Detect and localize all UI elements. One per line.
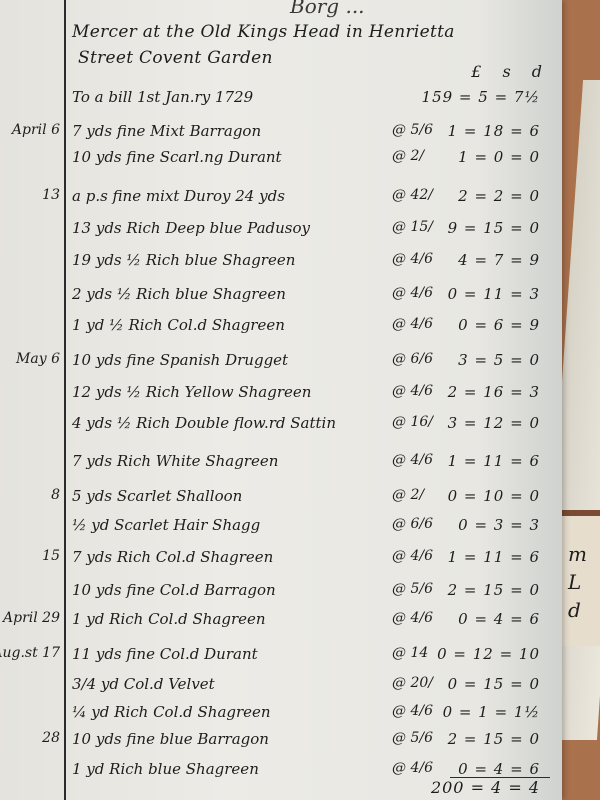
entry-description: 5 yds Scarlet Shalloon <box>72 487 242 505</box>
entry-amount: 0 = 4 = 6 <box>458 610 540 628</box>
ledger-row: To a bill 1st Jan.ry 1729159 = 5 = 7½ <box>0 88 560 118</box>
entry-description: 2 yds ½ Rich blue Shagreen <box>72 285 286 303</box>
entry-description: ½ yd Scarlet Hair Shagg <box>72 516 260 534</box>
entry-description: 7 yds fine Mixt Barragon <box>72 122 261 140</box>
entry-rate: @ 4/6 <box>392 548 433 564</box>
ledger-row: Aug.st 1711 yds fine Col.d Durant@ 140 =… <box>0 645 560 675</box>
entry-amount: 1 = 18 = 6 <box>448 122 540 140</box>
entry-rate: @ 5/6 <box>392 122 433 138</box>
entry-rate: @ 16/ <box>392 414 433 430</box>
entry-description: 19 yds ½ Rich blue Shagreen <box>72 251 295 269</box>
currency-header: £ s d <box>450 62 550 81</box>
entry-description: 10 yds fine Scarl.ng Durant <box>72 148 282 166</box>
entry-description: 3/4 yd Col.d Velvet <box>72 675 215 693</box>
entry-description: 7 yds Rich White Shagreen <box>72 452 278 470</box>
ledger-total: 200 = 4 = 4 <box>431 778 540 797</box>
entry-description: 10 yds fine blue Barragon <box>72 730 269 748</box>
entry-date: 8 <box>51 487 60 503</box>
entry-rate: @ 4/6 <box>392 610 433 626</box>
entry-amount: 159 = 5 = 7½ <box>422 88 540 106</box>
entry-amount: 3 = 5 = 0 <box>458 351 540 369</box>
entry-description: ¼ yd Rich Col.d Shagreen <box>72 703 271 721</box>
entry-date: Aug.st 17 <box>0 645 60 661</box>
ledger-page: Borg ... Mercer at the Old Kings Head in… <box>0 0 562 800</box>
entry-description: 1 yd Rich blue Shagreen <box>72 760 259 778</box>
entry-amount: 1 = 11 = 6 <box>448 452 540 470</box>
entry-description: To a bill 1st Jan.ry 1729 <box>72 88 253 106</box>
ledger-row: 10 yds fine Scarl.ng Durant@ 2/1 = 0 = 0 <box>0 148 560 178</box>
entry-amount: 0 = 15 = 0 <box>448 675 540 693</box>
entry-rate: @ 4/6 <box>392 316 433 332</box>
entry-description: a p.s fine mixt Duroy 24 yds <box>72 187 285 205</box>
ledger-row: 19 yds ½ Rich blue Shagreen@ 4/64 = 7 = … <box>0 251 560 281</box>
entry-amount: 4 = 7 = 9 <box>458 251 540 269</box>
entry-rate: @ 2/ <box>392 148 424 164</box>
entry-amount: 1 = 11 = 6 <box>448 548 540 566</box>
ledger-row: 157 yds Rich Col.d Shagreen@ 4/61 = 11 =… <box>0 548 560 578</box>
entry-rate: @ 4/6 <box>392 383 433 399</box>
entry-rate: @ 14 <box>392 645 428 661</box>
ledger-row: 2810 yds fine blue Barragon@ 5/62 = 15 =… <box>0 730 560 760</box>
ledger-row: 85 yds Scarlet Shalloon@ 2/0 = 10 = 0 <box>0 487 560 517</box>
entry-rate: @ 42/ <box>392 187 433 203</box>
top-fragment-text: Borg ... <box>290 0 365 18</box>
heading-line-2: Street Covent Garden <box>78 48 273 68</box>
ledger-row: 7 yds Rich White Shagreen@ 4/61 = 11 = 6 <box>0 452 560 482</box>
entry-amount: 1 = 0 = 0 <box>458 148 540 166</box>
entry-description: 13 yds Rich Deep blue Padusoy <box>72 219 310 237</box>
entry-rate: @ 2/ <box>392 487 424 503</box>
entry-rate: @ 4/6 <box>392 760 433 776</box>
entry-date: May 6 <box>16 351 60 367</box>
entry-date: 15 <box>42 548 60 564</box>
ledger-row: 10 yds fine Col.d Barragon@ 5/62 = 15 = … <box>0 581 560 611</box>
entry-date: 28 <box>42 730 60 746</box>
entry-rate: @ 5/6 <box>392 581 433 597</box>
ledger-row: ½ yd Scarlet Hair Shagg@ 6/60 = 3 = 3 <box>0 516 560 546</box>
entry-rate: @ 5/6 <box>392 730 433 746</box>
entry-amount: 2 = 16 = 3 <box>448 383 540 401</box>
ledger-row: 13a p.s fine mixt Duroy 24 yds@ 42/2 = 2… <box>0 187 560 217</box>
ledger-row: 4 yds ½ Rich Double flow.rd Sattin@ 16/3… <box>0 414 560 444</box>
entry-rate: @ 4/6 <box>392 703 433 719</box>
entry-amount: 2 = 15 = 0 <box>448 581 540 599</box>
ledger-row: April 291 yd Rich Col.d Shagreen@ 4/60 =… <box>0 610 560 640</box>
entry-description: 10 yds fine Spanish Drugget <box>72 351 288 369</box>
ledger-row: 2 yds ½ Rich blue Shagreen@ 4/60 = 11 = … <box>0 285 560 315</box>
entry-amount: 0 = 12 = 10 <box>437 645 540 663</box>
entry-rate: @ 4/6 <box>392 251 433 267</box>
entry-rate: @ 6/6 <box>392 516 433 532</box>
entry-description: 1 yd ½ Rich Col.d Shagreen <box>72 316 285 334</box>
entry-amount: 2 = 15 = 0 <box>448 730 540 748</box>
entry-amount: 3 = 12 = 0 <box>448 414 540 432</box>
entry-date: April 29 <box>3 610 60 626</box>
entry-rate: @ 6/6 <box>392 351 433 367</box>
entry-description: 7 yds Rich Col.d Shagreen <box>72 548 273 566</box>
entry-rate: @ 20/ <box>392 675 433 691</box>
entry-amount: 0 = 6 = 9 <box>458 316 540 334</box>
entry-amount: 0 = 4 = 6 <box>458 760 540 778</box>
heading-line-1: Mercer at the Old Kings Head in Henriett… <box>72 22 455 42</box>
ledger-row: May 610 yds fine Spanish Drugget@ 6/63 =… <box>0 351 560 381</box>
ledger-row: 3/4 yd Col.d Velvet@ 20/0 = 15 = 0 <box>0 675 560 705</box>
entry-amount: 9 = 15 = 0 <box>448 219 540 237</box>
entry-description: 11 yds fine Col.d Durant <box>72 645 258 663</box>
entry-description: 12 yds ½ Rich Yellow Shagreen <box>72 383 311 401</box>
ledger-row: 1 yd ½ Rich Col.d Shagreen@ 4/60 = 6 = 9 <box>0 316 560 346</box>
entry-amount: 0 = 3 = 3 <box>458 516 540 534</box>
entry-rate: @ 15/ <box>392 219 433 235</box>
entry-description: 10 yds fine Col.d Barragon <box>72 581 276 599</box>
ledger-row: 12 yds ½ Rich Yellow Shagreen@ 4/62 = 16… <box>0 383 560 413</box>
entry-date: 13 <box>42 187 60 203</box>
entry-description: 1 yd Rich Col.d Shagreen <box>72 610 266 628</box>
ledger-row: ¼ yd Rich Col.d Shagreen@ 4/60 = 1 = 1½ <box>0 703 560 733</box>
side-slip-text: m L d <box>568 540 600 624</box>
entry-amount: 0 = 10 = 0 <box>448 487 540 505</box>
entry-amount: 2 = 2 = 0 <box>458 187 540 205</box>
ledger-row: 13 yds Rich Deep blue Padusoy@ 15/9 = 15… <box>0 219 560 249</box>
entry-description: 4 yds ½ Rich Double flow.rd Sattin <box>72 414 336 432</box>
entry-date: April 6 <box>12 122 60 138</box>
entry-rate: @ 4/6 <box>392 285 433 301</box>
entry-rate: @ 4/6 <box>392 452 433 468</box>
entry-amount: 0 = 1 = 1½ <box>443 703 540 721</box>
entry-amount: 0 = 11 = 3 <box>448 285 540 303</box>
